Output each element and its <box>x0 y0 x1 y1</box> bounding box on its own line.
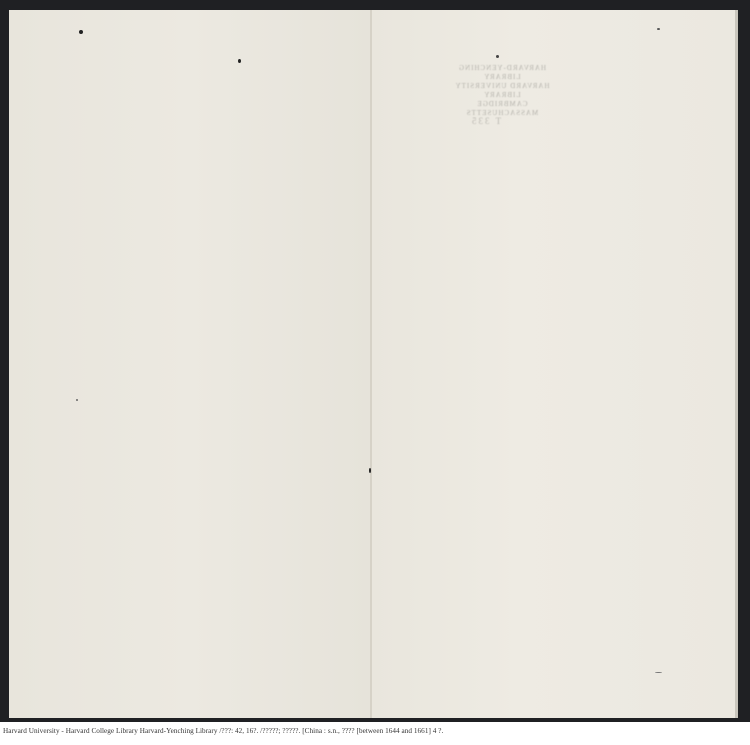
citation-caption: Harvard University - Harvard College Lib… <box>3 727 443 735</box>
stamp-line: HARVARD UNIVERSITY LIBRARY <box>442 82 562 100</box>
left-page <box>9 10 371 718</box>
scan-image: HARVARD-YENCHING LIBRARY HARVARD UNIVERS… <box>0 0 750 722</box>
library-stamp: HARVARD-YENCHING LIBRARY HARVARD UNIVERS… <box>442 64 562 118</box>
book-spread <box>9 10 736 718</box>
speck <box>496 55 499 58</box>
page-fold <box>370 10 372 718</box>
speck <box>655 672 662 673</box>
page-edge <box>735 10 738 718</box>
speck <box>238 59 241 63</box>
speck <box>369 468 371 473</box>
speck <box>79 30 83 34</box>
stamp-line: HARVARD-YENCHING LIBRARY <box>442 64 562 82</box>
speck <box>657 28 660 30</box>
stamp-line: CAMBRIDGE MASSACHUSETTS <box>442 100 562 118</box>
speck <box>76 399 78 401</box>
call-number: T 335 <box>470 116 501 126</box>
